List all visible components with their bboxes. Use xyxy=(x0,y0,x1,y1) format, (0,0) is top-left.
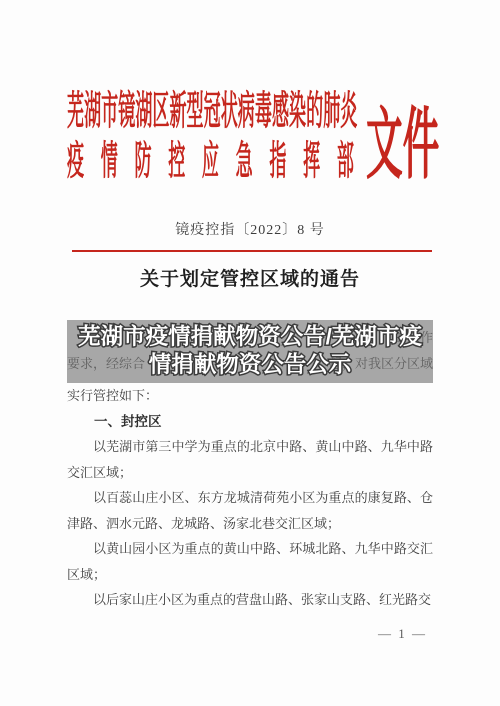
body-intro-line: 实行管控如下： xyxy=(67,383,433,409)
watermark-block: 的工作 要求，经综合 起，对我区分区域 芜湖市疫情捐献物资公告/芜湖市疫 情捐献… xyxy=(67,320,433,383)
org-name-line1: 芜湖市镜湖区新型冠状病毒感染的肺炎 xyxy=(67,86,223,136)
org-name-line2: 疫情防控应急指挥部 xyxy=(67,136,223,186)
doc-number: 镜疫控指〔2022〕8 号 xyxy=(0,219,500,239)
red-divider xyxy=(72,250,432,252)
body-paragraph: 以黄山园小区为重点的黄山中路、环城北路、九华中路交汇区域； xyxy=(67,536,433,587)
body-paragraph: 以芜湖市第三中学为重点的北京中路、黄山中路、九华中路交汇区域； xyxy=(67,434,433,485)
document-page: 芜湖市镜湖区新型冠状病毒感染的肺炎 疫情防控应急指挥部 文件 镜疫控指〔2022… xyxy=(0,0,500,706)
watermark-caption-line2: 情捐献物资公告公示 xyxy=(149,351,352,379)
letterhead: 芜湖市镜湖区新型冠状病毒感染的肺炎 疫情防控应急指挥部 文件 xyxy=(67,86,433,190)
body-paragraph: 以后家山庄小区为重点的营盘山路、张家山支路、红光路交 xyxy=(67,587,433,613)
section-heading: 一、封控区 xyxy=(67,409,433,435)
page-number: — 1 — xyxy=(378,626,427,642)
watermark-caption-line1: 芜湖市疫情捐献物资公告/芜湖市疫 xyxy=(78,323,422,351)
watermark-caption: 芜湖市疫情捐献物资公告/芜湖市疫 情捐献物资公告公示 xyxy=(61,318,439,383)
document-body: 的工作 要求，经综合 起，对我区分区域 芜湖市疫情捐献物资公告/芜湖市疫 情捐献… xyxy=(67,320,433,613)
document-title: 关于划定管控区域的通告 xyxy=(0,264,500,291)
body-paragraph: 以百蕊山庄小区、东方龙城清荷苑小区为重点的康复路、仓津路、泗水元路、龙城路、汤家… xyxy=(67,485,433,536)
doc-type-label: 文件 xyxy=(366,106,439,184)
